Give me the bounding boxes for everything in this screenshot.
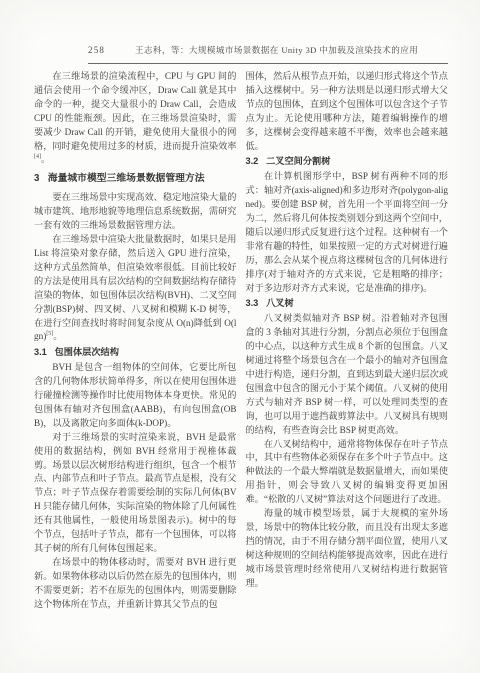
right-column: 围体，然后从根节点开始，以递归形式将这个节点插入这棵树中。另一种方法则是以递归形… [246, 70, 449, 612]
paragraph: 在八叉树结构中，通常将物体保存在叶子节点中，其中有些物体必须保存在多个叶子节点中… [246, 438, 449, 508]
page-number: 258 [88, 45, 105, 55]
section-title: 八叉树 [266, 298, 294, 308]
paragraph: 在三维场景的渲染流程中，CPU 与 GPU 间的通信会使用一个命令缓冲区，Dra… [34, 70, 237, 167]
paragraph: 对于三维场景的实时渲染来说，BVH 是最常使用的数据结构，例如 BVH 经常用于… [34, 431, 237, 556]
paragraph-text: 。 [53, 331, 62, 341]
section-title: 包围体层次结构 [55, 347, 119, 357]
subsection-heading-3-2: 3.2二叉空间分割树 [246, 155, 449, 169]
subsection-heading-3-1: 3.1包围体层次结构 [34, 346, 237, 360]
paragraph-text: 在三维场景中渲染大批量数据时，如果只是用 List 将渲染对象存储，然后送入 G… [34, 234, 237, 341]
paragraph: 围体，然后从根节点开始，以递归形式将这个节点插入这棵树中。另一种方法则是以递归形… [246, 70, 449, 153]
section-heading-3: 3海量城市模型三维场景数据管理方法 [34, 172, 237, 186]
section-number: 3.2 [246, 156, 259, 166]
section-title: 二叉空间分割树 [266, 156, 330, 166]
paragraph: BVH 是包含一组物体的空间体，它要比所包含的几何物体形状简单得多，所以在使用包… [34, 361, 237, 431]
paragraph: 在场景中的物体移动时，需要对 BVH 进行更新。如果物体移动以后仍然在原先的包围… [34, 556, 237, 612]
left-column: 在三维场景的渲染流程中，CPU 与 GPU 间的通信会使用一个命令缓冲区，Dra… [34, 70, 237, 612]
paragraph: 在三维场景中渲染大批量数据时，如果只是用 List 将渲染对象存储，然后送入 G… [34, 233, 237, 344]
citation-ref: [4] [34, 154, 41, 160]
paragraph: 八叉树类似轴对齐 BSP 树。沿着轴对齐包围盒的 3 条轴对其进行分割，分割点必… [246, 312, 449, 437]
section-title: 海量城市模型三维场景数据管理方法 [48, 173, 205, 184]
section-number: 3.1 [34, 347, 47, 357]
section-number: 3 [34, 173, 39, 184]
paragraph: 在计算机图形学中，BSP 树有两种不同的形式：轴对齐(axis-aligned)… [246, 170, 449, 295]
running-header-title: 王志科，等：大规模城市场景数据在 Unity 3D 中加载及渲染技术的应用 [105, 44, 448, 56]
paragraph-text: 。 [41, 154, 50, 164]
page-header: 258 王志科，等：大规模城市场景数据在 Unity 3D 中加载及渲染技术的应… [88, 44, 448, 64]
paper-page: 258 王志科，等：大规模城市场景数据在 Unity 3D 中加载及渲染技术的应… [0, 0, 480, 673]
paragraph: 海量的城市模型场景，属于大规模的室外场景，场景中的物体比较分散，而且没有出现太多… [246, 507, 449, 590]
text-columns: 在三维场景的渲染流程中，CPU 与 GPU 间的通信会使用一个命令缓冲区，Dra… [34, 70, 448, 612]
section-number: 3.3 [246, 298, 259, 308]
subsection-heading-3-3: 3.3八叉树 [246, 297, 449, 311]
paragraph-text: 在三维场景的渲染流程中，CPU 与 GPU 间的通信会使用一个命令缓冲区，Dra… [34, 71, 237, 151]
paragraph: 要在三维场景中实现高效、稳定地渲染大量的城市建筑、地形地貌等地理信息系统数据，需… [34, 191, 237, 233]
